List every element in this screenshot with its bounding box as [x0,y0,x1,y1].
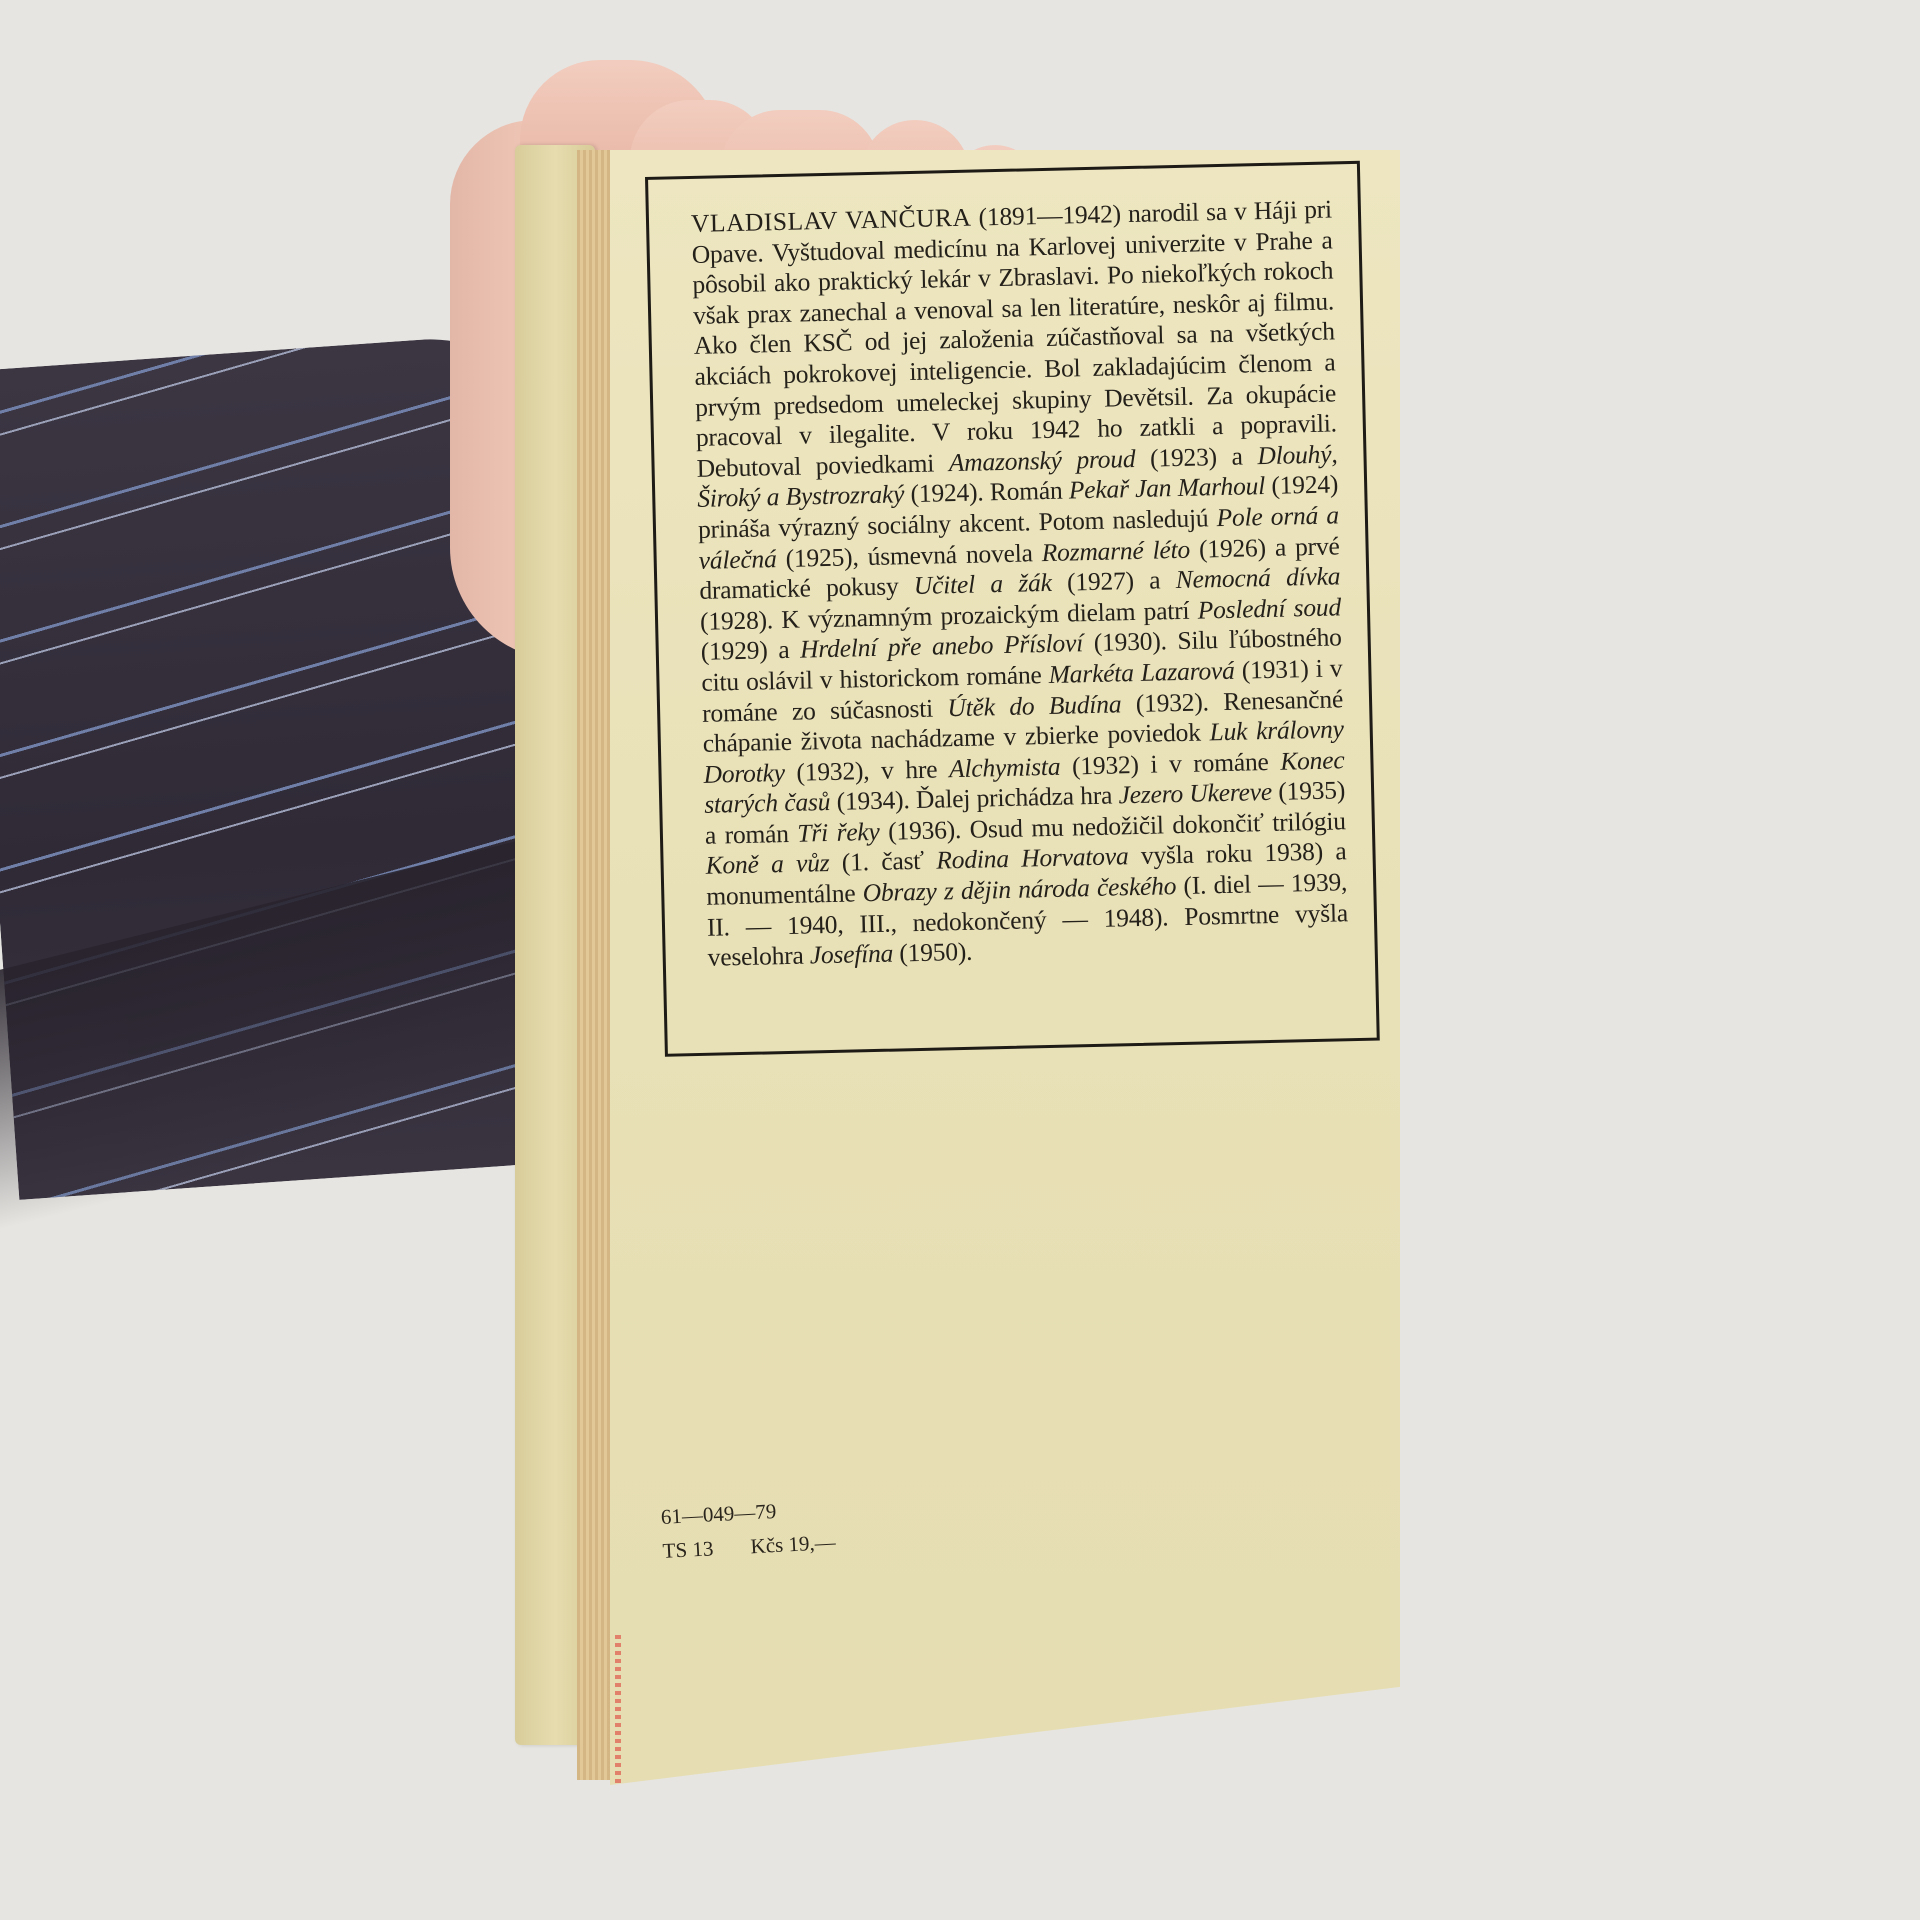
work-title: Rodina Horvatova [936,842,1129,875]
photo-scene: VLADISLAV VANČURA (1891—1942) narodil sa… [0,0,1920,1920]
work-title: Koně a vůz [705,848,829,880]
author-bio-text: VLADISLAV VANČURA (1891—1942) narodil sa… [691,194,1349,973]
price: Kčs 19,— [750,1530,836,1558]
author-years: (1891—1942) [978,199,1121,231]
work-title: Učitel a žák [914,568,1052,600]
author-name: VLADISLAV VANČURA [691,203,972,238]
work-title: Nemocná dívka [1175,561,1340,594]
work-title: Obrazy z dějin národa českého [862,871,1176,907]
book: VLADISLAV VANČURA (1891—1942) narodil sa… [515,135,1395,1795]
ts-code: TS 13 [662,1536,714,1563]
work-title: Tři řeky [797,817,880,848]
work-title: Hrdelní pře anebo Přísloví [800,628,1084,663]
work-title: Pekař Jan Marhoul [1069,471,1266,504]
work-title: Markéta Lazarová [1048,656,1235,689]
work-title: Jezero Ukereve [1118,777,1272,809]
work-title: Útěk do Budína [947,689,1122,722]
author-bio-body: narodil sa v Háji pri Opave. Vyštudoval … [691,194,1348,972]
work-title: Amazonský proud [948,444,1135,477]
work-title: Josefína [809,939,893,970]
author-bio-box: VLADISLAV VANČURA (1891—1942) narodil sa… [645,161,1380,1057]
imprint-block: 61—049—79 TS 13 Kčs 19,— [660,1491,837,1568]
work-title: Rozmarné léto [1041,534,1190,566]
work-title: Poslední soud [1197,592,1341,624]
red-stitching [615,1635,621,1785]
work-title: Alchymista [949,751,1061,783]
